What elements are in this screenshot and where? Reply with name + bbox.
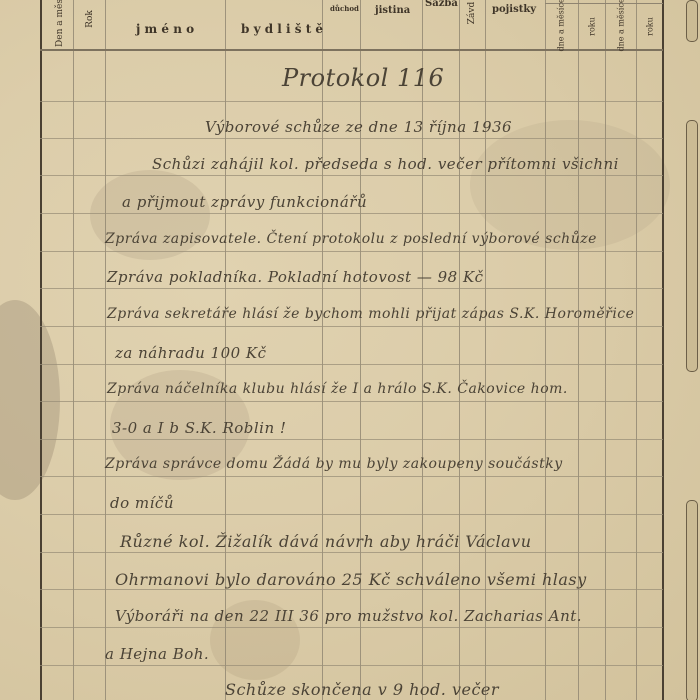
binding-stitch	[686, 120, 698, 372]
header-rok: Rok	[85, 0, 95, 39]
column-rule	[459, 0, 460, 700]
row-rule	[40, 627, 663, 628]
minutes-line: 3-0 a I b S.K. Roblin !	[112, 419, 286, 437]
header-jistina: jistina	[375, 5, 410, 16]
header-sazba: Sazba	[425, 0, 458, 9]
minutes-closing: Schůze skončena v 9 hod. večer	[225, 680, 499, 699]
row-rule	[40, 326, 663, 327]
water-stain	[0, 300, 60, 500]
right-border	[662, 0, 664, 700]
column-rule	[485, 0, 486, 700]
row-rule	[40, 401, 663, 402]
minutes-title: Protokol 116	[282, 64, 444, 92]
row-rule	[40, 288, 663, 289]
binding-stitch	[686, 500, 698, 700]
row-rule	[40, 665, 663, 666]
column-rule	[360, 0, 361, 700]
minutes-line: Zpráva správce domu Žádá by mu byly zako…	[105, 456, 563, 472]
column-rule	[105, 0, 106, 700]
minutes-line: Schůzi zahájil kol. předseda s hod. veče…	[152, 155, 619, 173]
row-rule	[40, 138, 663, 139]
header-zavd: Závd	[467, 0, 477, 33]
header-jmeno: j m é n o	[136, 22, 194, 36]
header-dne-a-mesice-2: dne a měsíce	[617, 2, 626, 52]
minutes-subtitle: Výborové schůze ze dne 13 října 1936	[205, 118, 512, 136]
row-rule	[40, 213, 663, 214]
minutes-line: Zpráva zapisovatele. Čtení protokolu z p…	[105, 231, 597, 247]
minutes-line: Ohrmanovi bylo darováno 25 Kč schváleno …	[115, 570, 587, 589]
binding-stitch	[686, 0, 698, 42]
row-rule	[40, 364, 663, 365]
column-rule	[545, 0, 546, 700]
column-rule	[636, 0, 637, 700]
minutes-line: do míčů	[110, 494, 174, 512]
row-rule	[40, 439, 663, 440]
minutes-line: Výboráři na den 22 III 36 pro mužstvo ko…	[115, 607, 582, 625]
minutes-line: za náhradu 100 Kč	[115, 344, 267, 362]
row-rule	[40, 552, 663, 553]
column-rule	[578, 0, 579, 700]
header-duchod: důchod	[330, 4, 359, 13]
column-rule	[73, 0, 74, 700]
row-rule	[40, 476, 663, 477]
minutes-line: a Hejna Boh.	[105, 645, 209, 663]
header-bydliste: b y d l i š t ě	[241, 22, 323, 36]
column-rule	[322, 0, 323, 700]
header-den-a-mesic: Den a měs	[55, 0, 65, 53]
ledger-page: Den a měs Rok j m é n o b y d l i š t ě …	[0, 0, 700, 700]
header-separator	[40, 49, 663, 51]
header-roku-2: roku	[646, 7, 655, 47]
minutes-line: Zpráva pokladníka. Pokladní hotovost — 9…	[107, 268, 484, 286]
row-rule	[40, 175, 663, 176]
header-roku-1: roku	[588, 7, 597, 47]
column-rule	[605, 0, 606, 700]
minutes-line: a přijmout zprávy funkcionářů	[122, 193, 367, 211]
minutes-line: Různé kol. Žižalík dává návrh aby hráči …	[120, 532, 532, 551]
minutes-line: Zpráva náčelníka klubu hlásí že I a hrál…	[107, 381, 568, 397]
row-rule	[40, 251, 663, 252]
row-rule	[40, 101, 663, 102]
row-rule	[40, 589, 663, 590]
column-rule	[422, 0, 423, 700]
row-rule	[40, 514, 663, 515]
header-dne-a-mesice-1: dne a měsíce	[557, 2, 566, 52]
minutes-line: Zpráva sekretáře hlásí že bychom mohli p…	[107, 306, 634, 322]
header-pojistky: pojistky	[492, 4, 536, 15]
left-border	[40, 0, 42, 700]
